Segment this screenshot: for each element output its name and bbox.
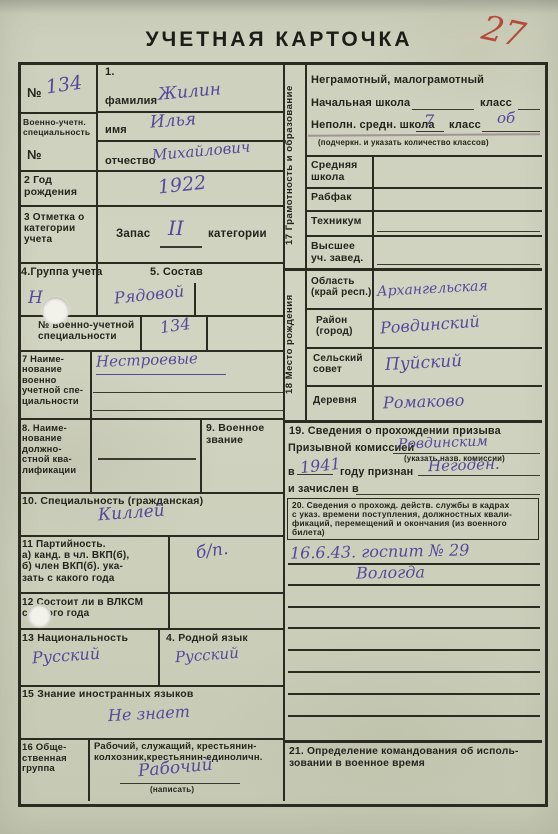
bp-line (305, 385, 542, 387)
lit-row-high: Высшее уч. завед. (311, 241, 363, 265)
ruled-line (288, 584, 540, 586)
literacy-hint: (подчеркн. и указать количество классов) (318, 139, 489, 148)
row15-bottom (18, 738, 283, 740)
name-label: имя (105, 124, 127, 136)
social-label: 16 Обще- ственная группа (22, 743, 67, 775)
ruled-line (288, 671, 540, 673)
literacy-row3-value: 7 (424, 113, 434, 130)
write-line (297, 474, 333, 475)
row9-bottom (18, 492, 283, 494)
write-line (418, 475, 540, 476)
card-no-label: № (27, 86, 42, 101)
write-line (518, 109, 540, 110)
vus-name-label: 7 Наиме- нование военно учетной спе- циа… (22, 354, 83, 406)
write-line (96, 374, 226, 375)
row2-bottom (18, 205, 283, 207)
bp-selsoviet-value: Пуйский (385, 353, 463, 375)
lit-line (305, 210, 542, 212)
ruled-line (288, 715, 540, 717)
foreign-label: 15 Знание иностранных языков (22, 689, 194, 701)
lit-line (305, 187, 542, 189)
vus-no-div2 (206, 315, 208, 350)
bp-divider (372, 268, 374, 420)
vus-no-div1 (140, 315, 142, 350)
wartime-label: 21. Определение командования об исполь- … (289, 746, 519, 769)
row10-bottom (18, 535, 283, 537)
surname-label: фамилия (105, 95, 157, 107)
category-post: категории (208, 228, 267, 241)
literacy-row2-class: класс (480, 97, 512, 109)
card-no2-label: № (27, 148, 42, 163)
rank-divider (200, 418, 202, 492)
birth-year-label: 2 Год рождения (24, 175, 77, 199)
lit-line (305, 235, 542, 237)
identity-num: 1. (105, 66, 115, 78)
row11-bottom (18, 592, 283, 594)
registration-card: 27 УЧЕТНАЯ КАРТОЧКА № 134 Военно-учетн. … (0, 0, 558, 834)
qual-label: 8. Наиме- нование должно- стной ква- лиф… (22, 423, 76, 475)
bp-line (305, 308, 542, 310)
group-value: Н (28, 290, 43, 308)
literacy-row3-class: класс (449, 119, 481, 131)
punch-hole (28, 604, 51, 627)
rank-label: 9. Военное звание (206, 423, 264, 447)
literacy-side-label: 17 Грамотность и образование (284, 66, 304, 264)
row1-bottom (18, 170, 283, 172)
ruled-line (288, 649, 540, 651)
ruled-line (288, 693, 540, 695)
bp-village-label: Деревня (313, 395, 357, 406)
vus-name-value: Нестроевые (96, 351, 198, 370)
birthplace-side-label: 18 Место рождения (284, 272, 304, 416)
line (160, 246, 202, 248)
bp-line (305, 347, 542, 349)
row7-divider (90, 350, 92, 492)
literacy-row3-class-value: об (497, 111, 515, 127)
ruled-line (288, 627, 540, 629)
lit-row-technikum: Техникум (311, 216, 362, 228)
write-line (93, 410, 283, 411)
row12-bottom (18, 628, 283, 630)
write-line (412, 109, 474, 110)
literacy-row3-label: Неполн. средн. школа (311, 119, 435, 131)
write-line (356, 494, 540, 495)
conscription-pre: в (288, 466, 295, 478)
row7-bottom (18, 418, 283, 420)
service-entry-2: Вологда (356, 564, 425, 582)
row14-bottom (18, 685, 283, 687)
group-label: 4.Группа учета (21, 266, 102, 278)
line (20, 112, 96, 114)
conscription-commission: Ровдинским (398, 434, 488, 452)
conscription-verdict: Негоден. (428, 457, 500, 475)
social-divider (88, 738, 90, 801)
write-line (377, 264, 540, 265)
service-note: 20. Сведения о прохожд. действ. службы в… (292, 501, 512, 538)
ruled-line (288, 606, 540, 608)
bp-raion-label: Район (город) (316, 315, 353, 337)
section18-bottom (283, 420, 542, 423)
name-value: Илья (149, 111, 196, 132)
line (96, 140, 283, 142)
strip-divider (305, 62, 307, 420)
write-line (482, 131, 540, 132)
party-label: 11 Партийность. а) канд. в чл. ВКП(б), б… (22, 539, 129, 584)
write-line (416, 131, 444, 132)
conscription-line3: и зачислен в (288, 483, 359, 495)
service-entry-1: 16.6.43. госпит № 29 (290, 542, 470, 562)
social-hint: (написать) (150, 786, 194, 795)
literacy-row2-label: Начальная школа (311, 97, 410, 109)
section17-bottom (283, 268, 542, 271)
row3-bottom (18, 262, 283, 264)
vus-spec-label: Военно-учетн. специальность (23, 118, 90, 137)
lit-line (305, 155, 542, 157)
write-line (377, 231, 540, 232)
punch-hole (42, 297, 69, 324)
bp-village-value: Ромаково (383, 393, 465, 413)
lit-row-rabfak: Рабфак (311, 192, 352, 204)
page-title: УЧЕТНАЯ КАРТОЧКА (0, 28, 558, 52)
category-label: 3 Отметка о категории учета (24, 212, 84, 246)
category-value: II (168, 218, 184, 239)
sostav-subdivider (194, 283, 196, 315)
patr-label: отчество (105, 155, 156, 167)
section20-bottom (283, 740, 542, 743)
write-line (98, 458, 196, 460)
bp-oblast-label: Область (край респ.) (311, 276, 372, 298)
write-line (93, 392, 283, 393)
sostav-label: 5. Состав (150, 266, 203, 278)
lit-row-secondary: Средняя школа (311, 160, 358, 184)
party-divider (168, 535, 170, 630)
literacy-row1: Неграмотный, малограмотный (311, 74, 484, 86)
conscription-mid: году признан (340, 466, 413, 478)
ruled-line (288, 563, 540, 565)
category-pre: Запас (116, 228, 150, 241)
nationality-label: 13 Национальность (22, 633, 128, 645)
nat-divider (158, 628, 160, 685)
bp-selsoviet-label: Сельский совет (313, 353, 363, 375)
